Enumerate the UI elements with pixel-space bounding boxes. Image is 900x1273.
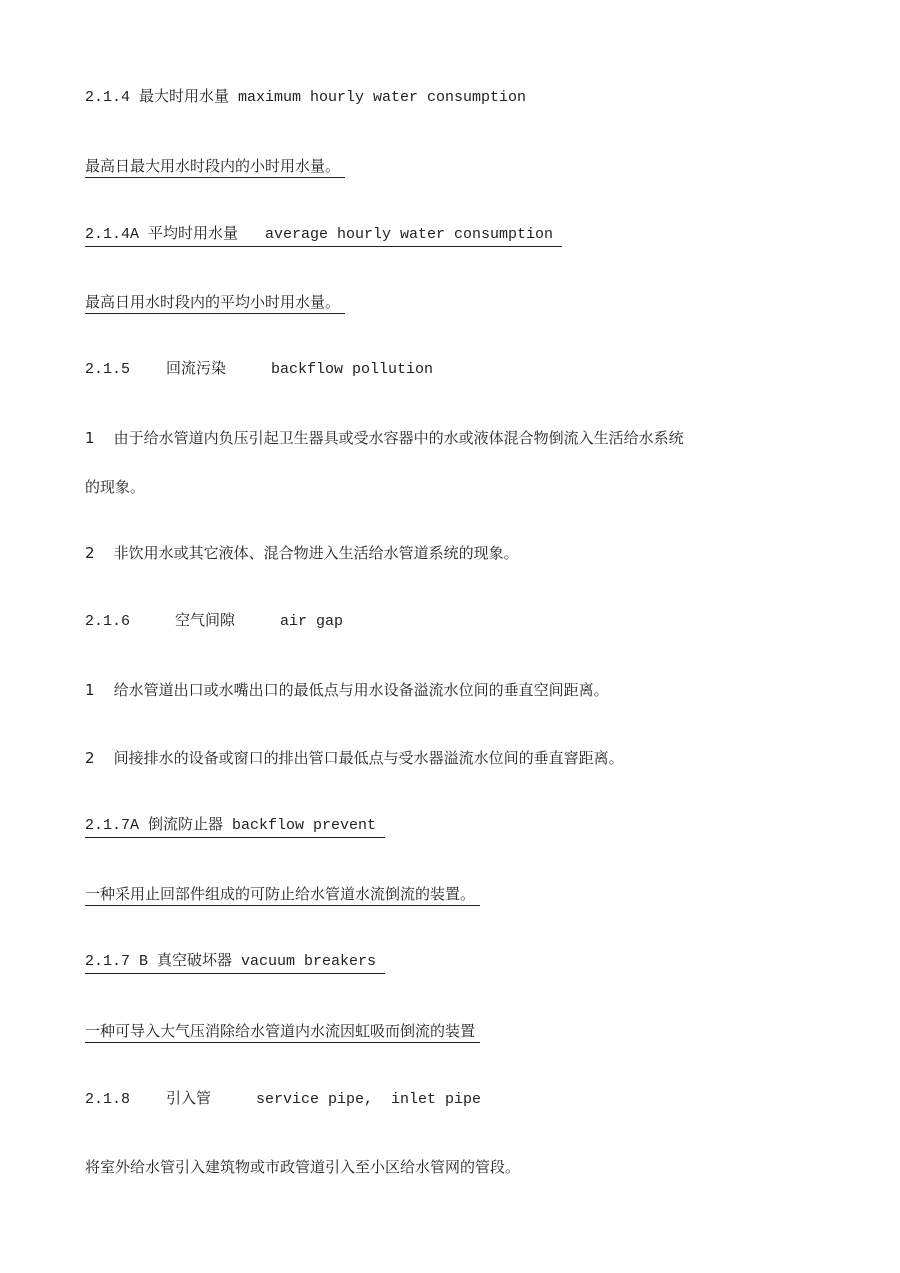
definition-2-1-6-item-2: 2 间接排水的设备或窗口的排出管口最低点与受水器溢流水位间的垂直窨距离。 bbox=[85, 748, 624, 768]
heading-text: 2.1.6 空气间隙 air gap bbox=[85, 613, 343, 630]
definition-text: 一种采用止回部件组成的可防止给水管道水流倒流的装置。 bbox=[85, 884, 480, 906]
term-heading-2-1-7a: 2.1.7A 倒流防止器 backflow prevent bbox=[85, 816, 385, 838]
definition-text: 一种可导入大气压消除给水管道内水流因虹吸而倒流的装置 bbox=[85, 1021, 480, 1043]
term-heading-2-1-5: 2.1.5 回流污染 backflow pollution bbox=[85, 360, 433, 380]
term-heading-2-1-7b: 2.1.7 B 真空破坏器 vacuum breakers bbox=[85, 952, 385, 974]
definition-text: 最高日最大用水时段内的小时用水量。 bbox=[85, 156, 345, 178]
definition-2-1-6-item-1: 1 给水管道出口或水嘴出口的最低点与用水设备溢流水位间的垂直空间距离。 bbox=[85, 680, 609, 700]
heading-text: 2.1.7A 倒流防止器 backflow prevent bbox=[85, 816, 385, 838]
heading-text: 2.1.8 引入管 service pipe, inlet pipe bbox=[85, 1091, 481, 1108]
definition-text: 2 非饮用水或其它液体、混合物进入生活给水管道系统的现象。 bbox=[85, 544, 519, 562]
term-heading-2-1-4: 2.1.4 最大时用水量 maximum hourly water consum… bbox=[85, 88, 526, 108]
definition-text: 2 间接排水的设备或窗口的排出管口最低点与受水器溢流水位间的垂直窨距离。 bbox=[85, 749, 624, 767]
definition-2-1-7b: 一种可导入大气压消除给水管道内水流因虹吸而倒流的装置 bbox=[85, 1021, 480, 1043]
heading-text: 2.1.7 B 真空破坏器 vacuum breakers bbox=[85, 952, 385, 974]
definition-2-1-5-item-1-cont: 的现象。 bbox=[85, 477, 145, 497]
heading-text: 2.1.4A 平均时用水量 average hourly water consu… bbox=[85, 225, 562, 247]
definition-2-1-5-item-2: 2 非饮用水或其它液体、混合物进入生活给水管道系统的现象。 bbox=[85, 543, 519, 563]
heading-text: 2.1.5 回流污染 backflow pollution bbox=[85, 361, 433, 378]
definition-2-1-7a: 一种采用止回部件组成的可防止给水管道水流倒流的装置。 bbox=[85, 884, 480, 906]
definition-text: 1 由于给水管道内负压引起卫生器具或受水容器中的水或液体混合物倒流入生活给水系统 bbox=[85, 429, 684, 447]
definition-2-1-4: 最高日最大用水时段内的小时用水量。 bbox=[85, 156, 345, 178]
definition-2-1-5-item-1: 1 由于给水管道内负压引起卫生器具或受水容器中的水或液体混合物倒流入生活给水系统 bbox=[85, 428, 684, 448]
definition-text: 最高日用水时段内的平均小时用水量。 bbox=[85, 292, 345, 314]
definition-2-1-4a: 最高日用水时段内的平均小时用水量。 bbox=[85, 292, 345, 314]
definition-text: 的现象。 bbox=[85, 478, 145, 496]
term-heading-2-1-6: 2.1.6 空气间隙 air gap bbox=[85, 612, 343, 632]
heading-text: 2.1.4 最大时用水量 maximum hourly water consum… bbox=[85, 89, 526, 106]
definition-text: 将室外给水管引入建筑物或市政管道引入至小区给水管网的管段。 bbox=[85, 1158, 520, 1176]
definition-text: 1 给水管道出口或水嘴出口的最低点与用水设备溢流水位间的垂直空间距离。 bbox=[85, 681, 609, 699]
term-heading-2-1-8: 2.1.8 引入管 service pipe, inlet pipe bbox=[85, 1090, 481, 1110]
term-heading-2-1-4a: 2.1.4A 平均时用水量 average hourly water consu… bbox=[85, 225, 562, 247]
definition-2-1-8: 将室外给水管引入建筑物或市政管道引入至小区给水管网的管段。 bbox=[85, 1157, 520, 1177]
